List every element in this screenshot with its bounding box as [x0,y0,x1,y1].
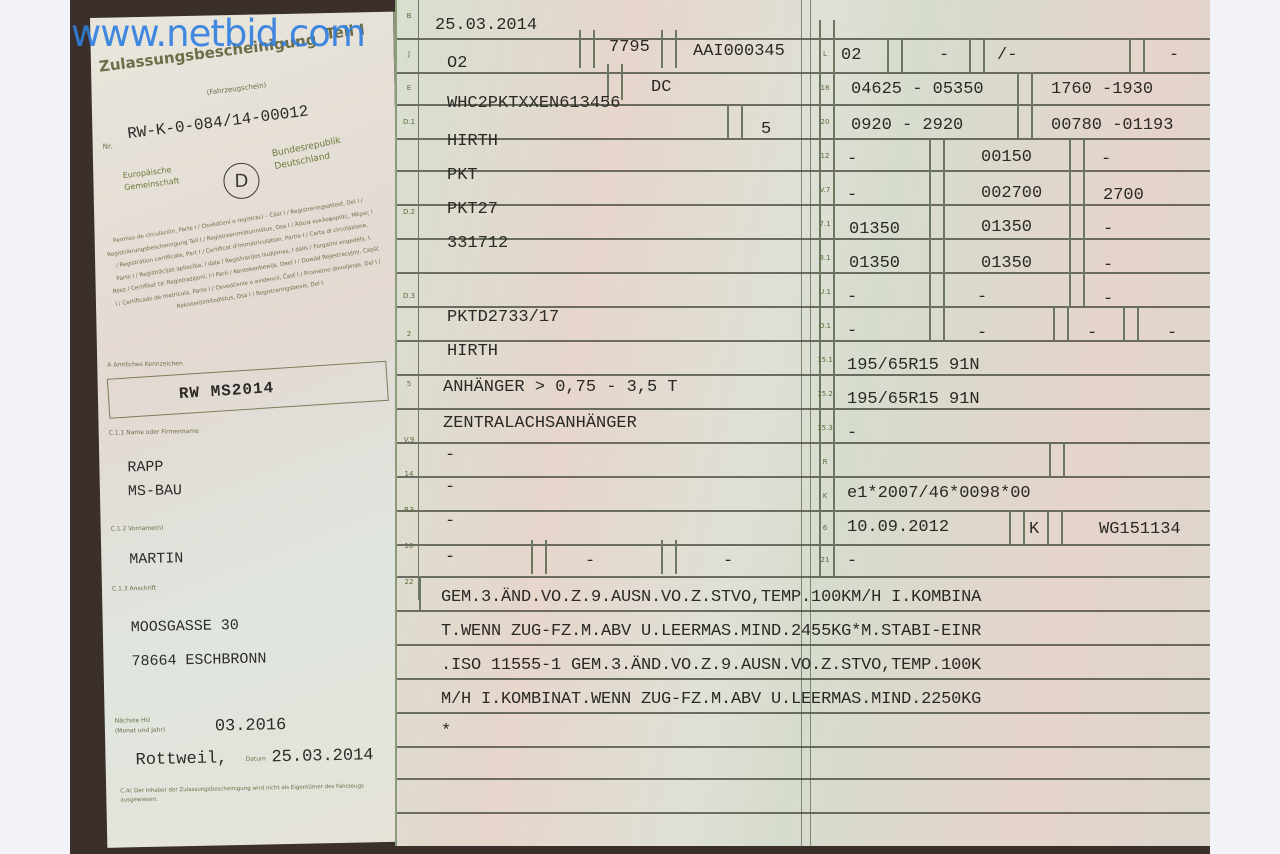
field-u3: - [1103,290,1113,309]
code-label: R [815,458,835,466]
code-label: 5 [399,380,419,388]
field-10: - [445,548,455,567]
code-label: 20 [815,118,835,126]
remark-line-4: M/H I.KOMBINAT.WENN ZUG-FZ.M.ABV U.LEERM… [441,690,981,709]
code-label: 10 [399,542,419,550]
field-4: DC [651,78,671,97]
field-5-body: ZENTRALACHSANHÄNGER [443,414,637,433]
field-19-width: 1760 -1930 [1051,80,1153,99]
field-8-1: 01350 [849,254,900,273]
field-d3-designation: PKTD2733/17 [447,308,559,327]
code-label: 18 [815,84,835,92]
c12-label: C.1.2 Vorname(n) [111,525,164,533]
code-label: V.7 [815,186,835,194]
owner-footnote: C.4c Der Inhaber der Zulassungsbescheini… [120,782,380,805]
code-label: U.1 [815,288,835,296]
code-label: 8.1 [815,254,835,262]
field-b-first-registration: 25.03.2014 [435,16,537,35]
field-7-2: 01350 [981,218,1032,237]
hu-label-line2: (Monat und Jahr) [115,727,165,735]
code-label: 15.1 [815,356,835,364]
field-o1: - [847,322,857,341]
field-20-height: 0920 - 2920 [851,116,963,135]
owner-first-name: MARTIN [129,550,183,568]
field-u2: - [977,288,987,307]
c11-label: C.1.1 Name oder Firmenname [109,428,199,437]
code-label: 6 [815,524,835,532]
watermark-logo: www.netbid.com [71,12,365,55]
issue-place: Rottweil, [135,749,227,770]
license-plate: RW MS2014 [178,379,274,403]
plate-box: RW MS2014 [107,361,389,419]
remark-line-1: GEM.3.ÄND.VO.Z.9.AUSN.VO.Z.STVO,TEMP.100… [441,588,981,607]
field-14-1: - [585,552,595,571]
code-label: 2 [399,330,419,338]
field-15-2-tyre: 195/65R15 91N [847,390,980,409]
address-city: 78664 ESCHBRONN [131,650,266,670]
field-d1-line2: PKT [447,166,478,185]
field-13: 00150 [981,148,1032,167]
field-p3: - [445,512,455,531]
code-label: O.1 [815,322,835,330]
field-8-3: - [1103,256,1113,275]
code-label: 21 [815,556,835,564]
field-p1: - [723,552,733,571]
field-5-class: ANHÄNGER > 0,75 - 3,5 T [443,378,678,397]
code-label: 7.1 [815,220,835,228]
field-j: O2 [447,54,467,73]
field-15-3: - [847,424,857,443]
field-d2-variant: 331712 [447,234,508,253]
field-e-vin: WHC2PKTXXEN613456 [447,94,620,113]
address-street: MOOSGASSE 30 [131,617,239,636]
code-label: D.1 [399,118,419,126]
code-label: D.2 [399,208,419,216]
code-label: P.3 [399,506,419,514]
plate-label: A Amtliches Kennzeichen [107,360,183,369]
field-7-3: - [1103,220,1113,239]
next-inspection-date: 03.2016 [215,716,287,736]
field-s2: - [1167,324,1177,343]
field-l-axles: 02 [841,46,861,65]
field-v9: - [445,446,455,465]
remark-line-3: .ISO 11555-1 GEM.3.ÄND.VO.Z.9.AUSN.VO.Z.… [441,656,981,675]
field-12: - [847,150,857,169]
code-label: V.9 [399,436,419,444]
field-2-manufacturer: HIRTH [447,342,498,361]
remark-line-5: * [441,722,451,741]
code-label: J [399,50,419,58]
left-page: Zulassungsbescheinigung Teil I (Fahrzeug… [90,12,412,848]
field-2-1: 7795 [609,38,650,57]
field-14: - [445,478,455,497]
document-number: RW-K-0-084/14-00012 [126,102,309,143]
code-label: E [399,84,419,92]
multilingual-notice: Permiso de circulación, Parte I / Osvědč… [104,194,385,324]
owner-name-line2: MS-BAU [128,482,182,500]
field-s1: - [1087,324,1097,343]
date-label: Datum [245,755,265,762]
field-g-mass: 00780 -01193 [1051,116,1173,135]
country-code-emblem: D [223,162,260,199]
field-15-1-tyre: 195/65R15 91N [847,356,980,375]
remark-line-2: T.WENN ZUG-FZ.M.ABV U.LEERMAS.MIND.2455K… [441,622,981,641]
hu-label-line1: Nächste HU [115,717,150,725]
field-7-1: 01350 [849,220,900,239]
field-18-length: 04625 - 05350 [851,80,984,99]
field-17: K [1029,520,1039,539]
field-9: - [939,46,949,65]
code-label: 22 [399,578,419,586]
page-gutter [801,0,811,846]
document-subtitle: (Fahrzeugschein) [206,81,266,96]
field-3: 5 [761,120,771,139]
code-label: 12 [815,152,835,160]
code-label: 15.2 [815,390,835,398]
form-pages: B J E D.1 D.2 D.3 2 5 V.9 14 P.3 10 22 2… [395,0,1210,846]
code-label: 14 [399,470,419,478]
field-u1: - [847,288,857,307]
field-v7: - [847,186,857,205]
field-2-2: AAI000345 [693,42,785,61]
field-f2: 2700 [1103,186,1144,205]
field-q: - [1101,150,1111,169]
owner-name-line1: RAPP [127,459,163,477]
field-16-number: WG151134 [1099,520,1181,539]
field-d1-make: HIRTH [447,132,498,151]
eu-label: Europäische Gemeinschaft [122,163,180,194]
field-21: - [847,552,857,571]
field-o2: - [977,324,987,343]
country-name: Bundesrepublik Deutschland [271,135,345,174]
code-label: B [399,12,419,20]
code-label: K [815,492,835,500]
c13-label: C.1.3 Anschrift [112,585,156,593]
field-8-2: 01350 [981,254,1032,273]
field-t: - [1169,46,1179,65]
field-f1: 002700 [981,184,1042,203]
field-p2-p4: /- [997,46,1017,65]
code-label: D.3 [399,292,419,300]
document-number-label: Nr. [103,143,113,151]
registration-document-photo: Zulassungsbescheinigung Teil I (Fahrzeug… [70,0,1210,854]
issue-date: 25.03.2014 [271,746,373,767]
field-6-date: 10.09.2012 [847,518,949,537]
code-label: L [815,50,835,58]
code-label: 15.3 [815,424,835,432]
field-k-approval: e1*2007/46*0098*00 [847,484,1031,503]
field-d2-type: PKT27 [447,200,498,219]
